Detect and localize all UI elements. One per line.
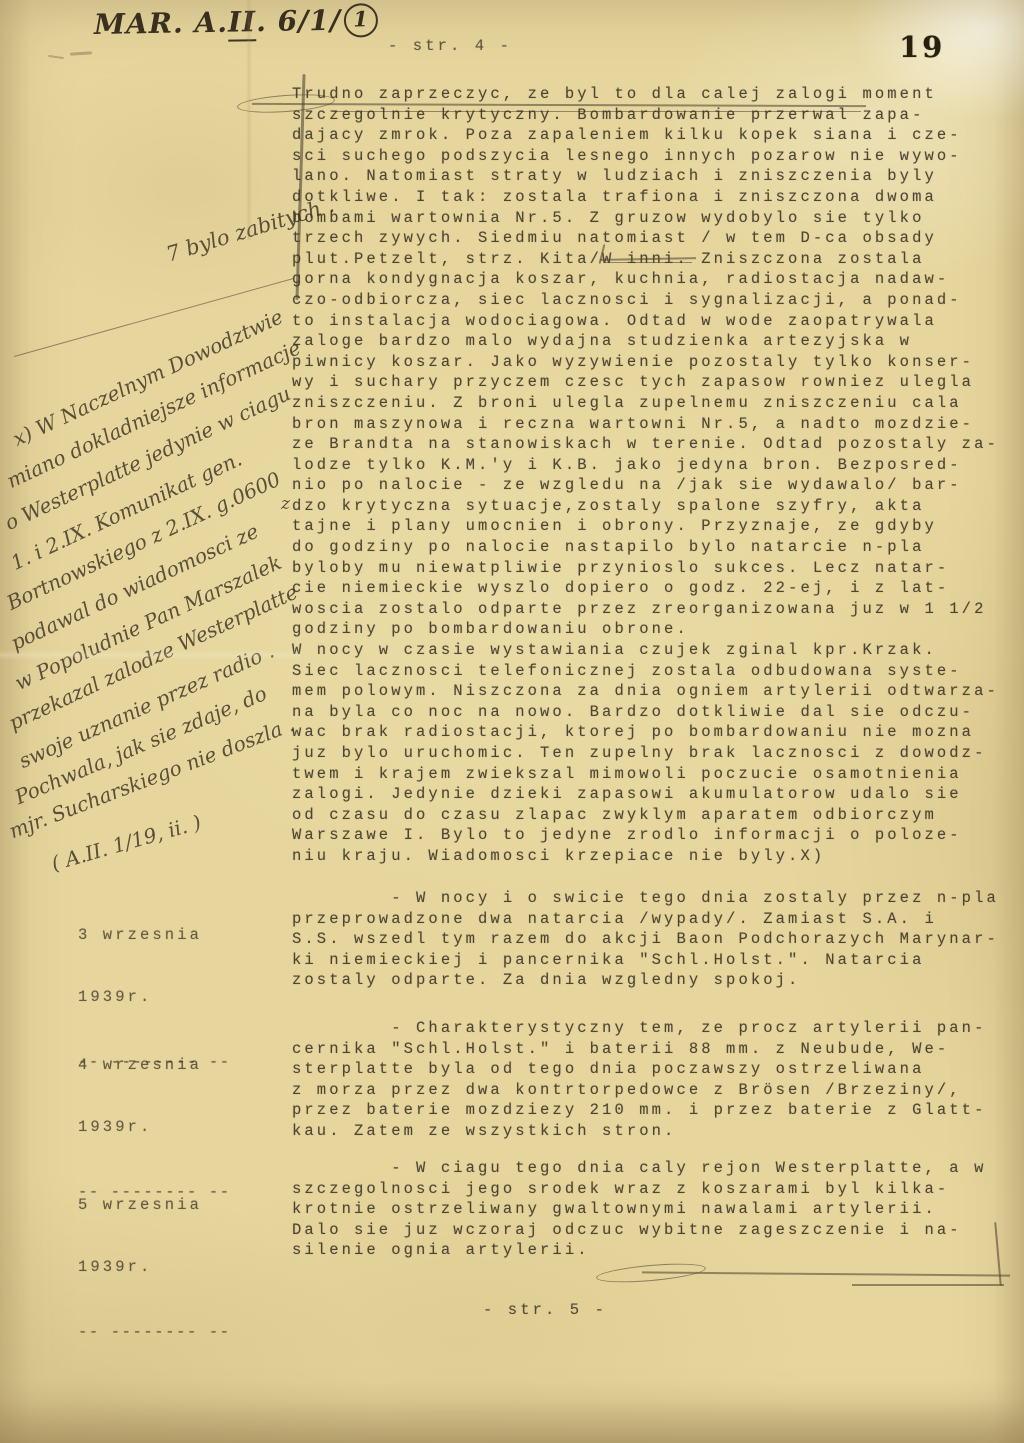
body-paragraph-3: - Charakterystyczny tem, ze procz artyle… — [292, 1018, 986, 1142]
date-year: 1939r. — [78, 1117, 231, 1138]
typed-text-line: trzech zywych. Siedmiu natomiast / w tem… — [292, 228, 999, 249]
page-marker-top: - str. 4 - — [388, 36, 512, 57]
typed-text-line: lodze tylko K.M.'y i K.B. jako jedyna br… — [292, 455, 999, 476]
typed-text-line: Siec lacznosci telefonicznej zostala odb… — [292, 661, 999, 682]
typed-text-line: Warszawe I. Bylo to jedyne zrodlo inform… — [292, 825, 999, 846]
date-year: 1939r. — [78, 987, 231, 1008]
archive-reference-suffix: . 6/1/ — [256, 4, 341, 38]
typed-text-line: Trudno zaprzeczyc, ze byl to dla calej z… — [292, 84, 999, 105]
archive-reference: MAR. A.II. 6/1/1 — [94, 3, 379, 45]
typed-text-line: juz bylo uruchomic. Ten zupelny brak lac… — [292, 743, 999, 764]
archive-reference-roman: II — [228, 5, 257, 41]
handwritten-correction: z — [281, 494, 290, 514]
typed-text-line: zaloge bardzo malo wydajna studzienka ar… — [292, 331, 999, 352]
typed-text-line: przez baterie mozdziezy 210 mm. i przez … — [292, 1100, 986, 1121]
typed-text-line: to instalacja wodociagowa. Odtad w wode … — [292, 311, 999, 332]
paper-edge-shadow — [0, 1380, 1024, 1443]
typed-text-line: W nocy w czasie wystawiania czujek zgina… — [292, 640, 999, 661]
typed-text-line: na byla co noc na nowo. Bardzo dotkliwie… — [292, 702, 999, 723]
typed-text-line: ze Brandta na stanowiskach w terenie. Od… — [292, 434, 999, 455]
typed-text-line: krotnie ostrzeliwany gwaltownymi nawalam… — [292, 1199, 986, 1220]
typed-text-line: czo-odbiorcza, siec lacznosci i sygnaliz… — [292, 290, 999, 311]
typed-text-line: lano. Natomiast straty w ludziach i znis… — [292, 166, 999, 187]
typed-text-line: - W nocy i o swicie tego dnia zostaly pr… — [292, 888, 999, 909]
typed-text-line: bron maszynowa i reczna wartowni Nr.5, a… — [292, 414, 999, 435]
page-number: 19 — [899, 30, 945, 64]
typed-text-line: wac brak radiostacji, ktorej po bombardo… — [292, 722, 999, 743]
margin-date-5-september: 5 wrzesnia 1939r. -- -------- -- — [78, 1154, 231, 1384]
pencil-smudge — [70, 51, 92, 56]
typed-text-line: szczegolnosci jego srodek wraz z koszara… — [292, 1179, 986, 1200]
typed-text-line: sterplatte byla od tego dnia poczawszy o… — [292, 1059, 986, 1080]
body-paragraph-2: - W nocy i o swicie tego dnia zostaly pr… — [292, 888, 999, 991]
typed-text-line: sci suchego podszycia lesnego innych poz… — [292, 146, 999, 167]
date-year: 1939r. — [78, 1257, 231, 1278]
body-paragraph-1: Trudno zaprzeczyc, ze byl to dla calej z… — [292, 84, 999, 867]
document-page: MAR. A.II. 6/1/1 - str. 4 - 19 7 bylo za… — [0, 0, 1024, 1443]
typed-text-line: cie niemieckie wyszlo dopiero o godz. 22… — [292, 578, 999, 599]
typed-text-line: wy i suchary przyczem czesc tych zapasow… — [292, 372, 999, 393]
pencil-line-bottom — [642, 1271, 1010, 1276]
typed-text-line: przeprowadzone dwa natarcia /wypady/. Za… — [292, 909, 999, 930]
typed-text-line: godziny po bombardowaniu obrone. — [292, 619, 999, 640]
date-line: 4 wrzesnia — [78, 1055, 231, 1076]
page-marker-bottom: - str. 5 - — [483, 1300, 607, 1321]
typed-text-line: zalogi. Jedynie dzieki zapasowi akumulat… — [292, 784, 999, 805]
typed-text-line: gorna kondygnacja koszar, kuchnia, radio… — [292, 269, 999, 290]
body-paragraph-4: - W ciagu tego dnia caly rejon Westerpla… — [292, 1158, 986, 1261]
pencil-strikethrough-2 — [604, 262, 692, 263]
typed-text-line: silenie ognia artylerii. — [292, 1240, 986, 1261]
date-line: 5 wrzesnia — [78, 1195, 231, 1216]
typed-text-line: nio po nalocie - ze wzgledu na /jak sie … — [292, 475, 999, 496]
typed-text-line: ki niemieckiej i pancernika "Schl.Holst.… — [292, 950, 999, 971]
date-divider-dashes: -- -------- -- — [78, 1322, 231, 1343]
typed-text-line: S.S. wszedl tym razem do akcji Baon Podc… — [292, 929, 999, 950]
typed-text-line: - Charakterystyczny tem, ze procz artyle… — [292, 1018, 986, 1039]
typed-text-line: dajacy zmrok. Poza zapaleniem kilku kope… — [292, 125, 999, 146]
typed-text-line: bombami wartownia Nr.5. Z gruzow wydobyl… — [292, 208, 999, 229]
typed-text-line: piwnicy koszar. Jako wyzywienie pozostal… — [292, 352, 999, 373]
pencil-corner-line — [852, 1284, 1004, 1286]
typed-text-line: szczegolnie krytyczny. Bombardowanie prz… — [292, 105, 999, 126]
archive-reference-prefix: MAR. A. — [94, 6, 229, 41]
typed-text-line: z morza przez dwa kontrtorpedowce z Brös… — [292, 1080, 986, 1101]
typed-text-line: niu kraju. Wiadomosci krzepiace nie byly… — [292, 846, 999, 867]
typed-text-line: od czasu do czasu zlapac zwyklym aparate… — [292, 805, 999, 826]
typed-text-line: dzo krytyczna sytuacje,zostaly spalone s… — [292, 496, 999, 517]
typed-text-line: zostaly odparte. Za dnia wzgledny spokoj… — [292, 970, 999, 991]
typed-text-line: dotkliwe. I tak: zostala trafiona i znis… — [292, 187, 999, 208]
typed-text-line: do godziny po nalocie nastapilo bylo nat… — [292, 537, 999, 558]
date-line: 3 wrzesnia — [78, 925, 231, 946]
pencil-smudge — [48, 55, 64, 59]
typed-text-line: twem i krajem zwiekszal mimowoli poczuci… — [292, 764, 999, 785]
typed-text-line: zniszczeniu. Z broni ulegla zupelnemu zn… — [292, 393, 999, 414]
typed-text-line: tajne i plany umocnien i obrony. Przyzna… — [292, 516, 999, 537]
typed-text-line: byloby mu niewatpliwie przynioslo sukces… — [292, 558, 999, 579]
circled-number: 1 — [344, 3, 379, 38]
typed-text-line: woscia zostalo odparte przez zreorganizo… — [292, 599, 999, 620]
typed-text-line: Dalo sie juz wczoraj odczuc wybitne zage… — [292, 1220, 986, 1241]
typed-text-line: - W ciagu tego dnia caly rejon Westerpla… — [292, 1158, 986, 1179]
typed-text-line: kau. Zatem ze wszystkich stron. — [292, 1121, 986, 1142]
typed-text-line: mem polowym. Niszczona za dnia ogniem ar… — [292, 681, 999, 702]
typed-text-line: cernika "Schl.Holst." i baterii 88 mm. z… — [292, 1039, 986, 1060]
